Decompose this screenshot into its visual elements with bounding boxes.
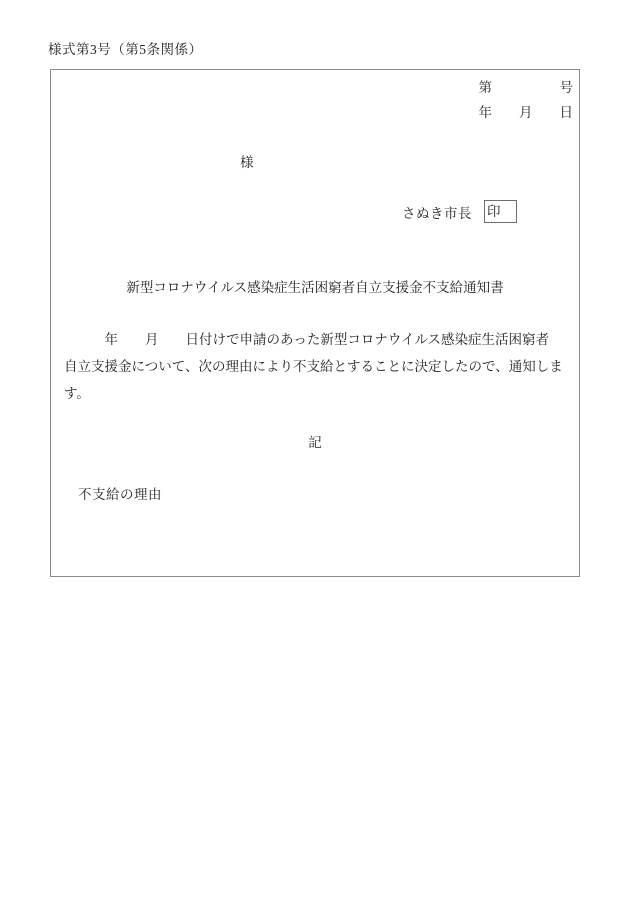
document-page: 様式第3号（第5条関係） 第 号 年 月 日 様 さぬき市長 印 新型コロナウイ… bbox=[0, 0, 630, 903]
document-title: 新型コロナウイルス感染症生活困窮者自立支援金不支給通知書 bbox=[51, 279, 579, 296]
seal-box: 印 bbox=[484, 200, 517, 223]
body-line-3: す。 bbox=[64, 380, 570, 407]
record-marker: 記 bbox=[51, 434, 579, 451]
form-number-label: 様式第3号（第5条関係） bbox=[48, 41, 203, 59]
body-line-1: 年 月 日付けで申請のあった新型コロナウイルス感染症生活困窮者 bbox=[64, 326, 570, 353]
reason-label: 不支給の理由 bbox=[78, 486, 162, 503]
notice-frame: 第 号 年 月 日 様 さぬき市長 印 新型コロナウイルス感染症生活困窮者自立支… bbox=[50, 69, 580, 577]
doc-date-line: 年 月 日 bbox=[479, 104, 574, 121]
issuer-name: さぬき市長 bbox=[402, 205, 472, 222]
seal-label: 印 bbox=[487, 205, 501, 219]
recipient-honorific: 様 bbox=[240, 154, 254, 171]
body-line-2: 自立支援金について、次の理由により不支給とすることに決定したので、通知しま bbox=[64, 353, 570, 380]
doc-number-line: 第 号 bbox=[479, 79, 574, 96]
body-paragraph: 年 月 日付けで申請のあった新型コロナウイルス感染症生活困窮者 自立支援金につい… bbox=[64, 326, 570, 407]
